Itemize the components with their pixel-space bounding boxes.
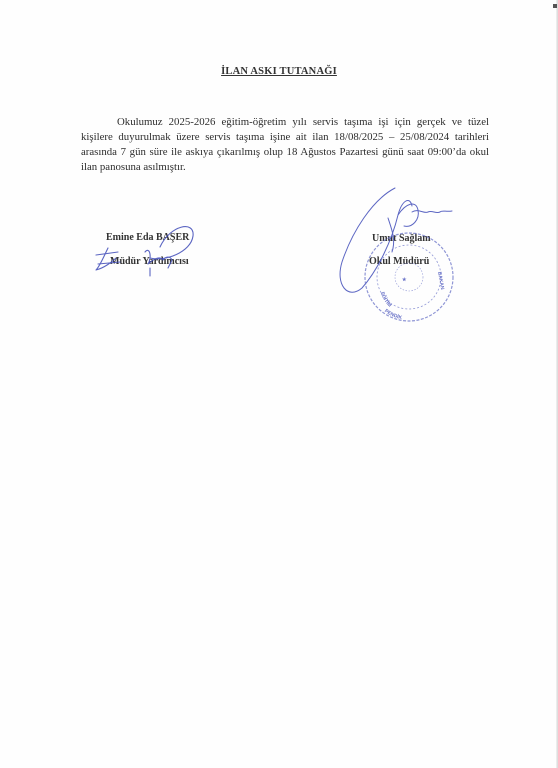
scan-corner-mark (553, 4, 557, 8)
signer-role-right: Okul Müdürü (369, 256, 429, 267)
stamp-text-inner: EĞİTİM (379, 291, 393, 308)
stamp-text-side: BAKAN (436, 271, 445, 290)
signer-name-right: Umut Sağlam (372, 233, 431, 244)
stamp-center-mark: ★ (402, 277, 407, 283)
document-page: İLAN ASKI TUTANAĞI Okulumuz 2025-2026 eğ… (0, 0, 558, 768)
signer-name-left: Emine Eda BAŞER (106, 232, 189, 243)
stamp-text-outer: PENDİK (383, 308, 403, 321)
paragraph-text: Okulumuz 2025-2026 eğitim-öğretim yılı s… (81, 116, 489, 173)
document-title: İLAN ASKI TUTANAĞI (0, 66, 558, 77)
document-paragraph: Okulumuz 2025-2026 eğitim-öğretim yılı s… (81, 115, 489, 175)
signer-role-left: Müdür Yardımcısı (110, 256, 189, 267)
